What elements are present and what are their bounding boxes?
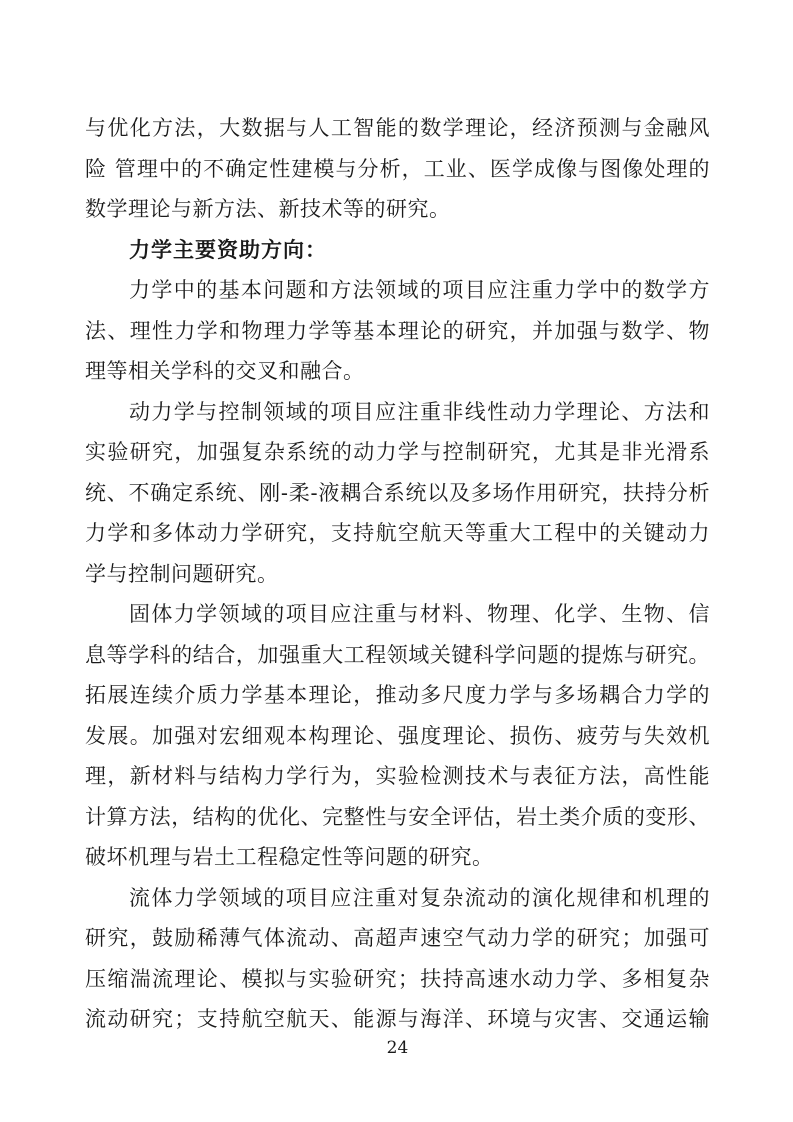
text-line: 流体力学领域的项目应注重对复杂流动的演化规律和机理的 bbox=[85, 878, 710, 919]
text-line: 流动研究；支持航空航天、能源与海洋、环境与灾害、交通运输 bbox=[85, 999, 710, 1040]
text-line: 统、不确定系统、刚-柔-液耦合系统以及多场作用研究，扶持分析 bbox=[85, 473, 710, 514]
text-line: 实验研究，加强复杂系统的动力学与控制研究，尤其是非光滑系 bbox=[85, 432, 710, 473]
paragraph-fluid-mechanics: 流体力学领域的项目应注重对复杂流动的演化规律和机理的 研究，鼓励稀薄气体流动、高… bbox=[85, 878, 710, 1040]
text-line: 力学中的基本问题和方法领域的项目应注重力学中的数学方 bbox=[85, 270, 710, 311]
paragraph-math-continuation: 与优化方法，大数据与人工智能的数学理论，经济预测与金融风 险 管理中的不确定性建… bbox=[85, 108, 710, 230]
text-line: 险 管理中的不确定性建模与分析，工业、医学成像与图像处理的 bbox=[85, 149, 710, 190]
text-line: 法、理性力学和物理力学等基本理论的研究，并加强与数学、物 bbox=[85, 311, 710, 352]
text-line: 拓展连续介质力学基本理论，推动多尺度力学与多场耦合力学的 bbox=[85, 675, 710, 716]
text-line: 理，新材料与结构力学行为，实验检测技术与表征方法，高性能 bbox=[85, 756, 710, 797]
text-line: 研究，鼓励稀薄气体流动、高超声速空气动力学的研究；加强可 bbox=[85, 918, 710, 959]
paragraph-dynamics-control: 动力学与控制领域的项目应注重非线性动力学理论、方法和 实验研究，加强复杂系统的动… bbox=[85, 392, 710, 595]
text-line: 力学和多体动力学研究，支持航空航天等重大工程中的关键动力 bbox=[85, 513, 710, 554]
text-line: 压缩湍流理论、模拟与实验研究；扶持高速水动力学、多相复杂 bbox=[85, 959, 710, 1000]
text-line: 学与控制问题研究。 bbox=[85, 554, 710, 595]
section-heading: 力学主要资助方向： bbox=[85, 230, 710, 271]
document-page: 与优化方法，大数据与人工智能的数学理论，经济预测与金融风 险 管理中的不确定性建… bbox=[0, 0, 793, 1122]
text-line: 理等相关学科的交叉和融合。 bbox=[85, 351, 710, 392]
text-line: 与优化方法，大数据与人工智能的数学理论，经济预测与金融风 bbox=[85, 108, 710, 149]
text-line: 破坏机理与岩土工程稳定性等问题的研究。 bbox=[85, 837, 710, 878]
text-line: 固体力学领域的项目应注重与材料、物理、化学、生物、信 bbox=[85, 594, 710, 635]
paragraph-mechanics-heading: 力学主要资助方向： bbox=[85, 230, 710, 271]
text-line: 息等学科的结合，加强重大工程领域关键科学问题的提炼与研究。 bbox=[85, 635, 710, 676]
text-block: 与优化方法，大数据与人工智能的数学理论，经济预测与金融风 险 管理中的不确定性建… bbox=[85, 108, 710, 1040]
text-line: 数学理论与新方法、新技术等的研究。 bbox=[85, 189, 710, 230]
page-number: 24 bbox=[85, 1038, 710, 1058]
paragraph-solid-mechanics: 固体力学领域的项目应注重与材料、物理、化学、生物、信 息等学科的结合，加强重大工… bbox=[85, 594, 710, 878]
text-line: 计算方法，结构的优化、完整性与安全评估，岩土类介质的变形、 bbox=[85, 797, 710, 838]
text-line: 动力学与控制领域的项目应注重非线性动力学理论、方法和 bbox=[85, 392, 710, 433]
text-line: 发展。加强对宏细观本构理论、强度理论、损伤、疲劳与失效机 bbox=[85, 716, 710, 757]
paragraph-mechanics-basic: 力学中的基本问题和方法领域的项目应注重力学中的数学方 法、理性力学和物理力学等基… bbox=[85, 270, 710, 392]
